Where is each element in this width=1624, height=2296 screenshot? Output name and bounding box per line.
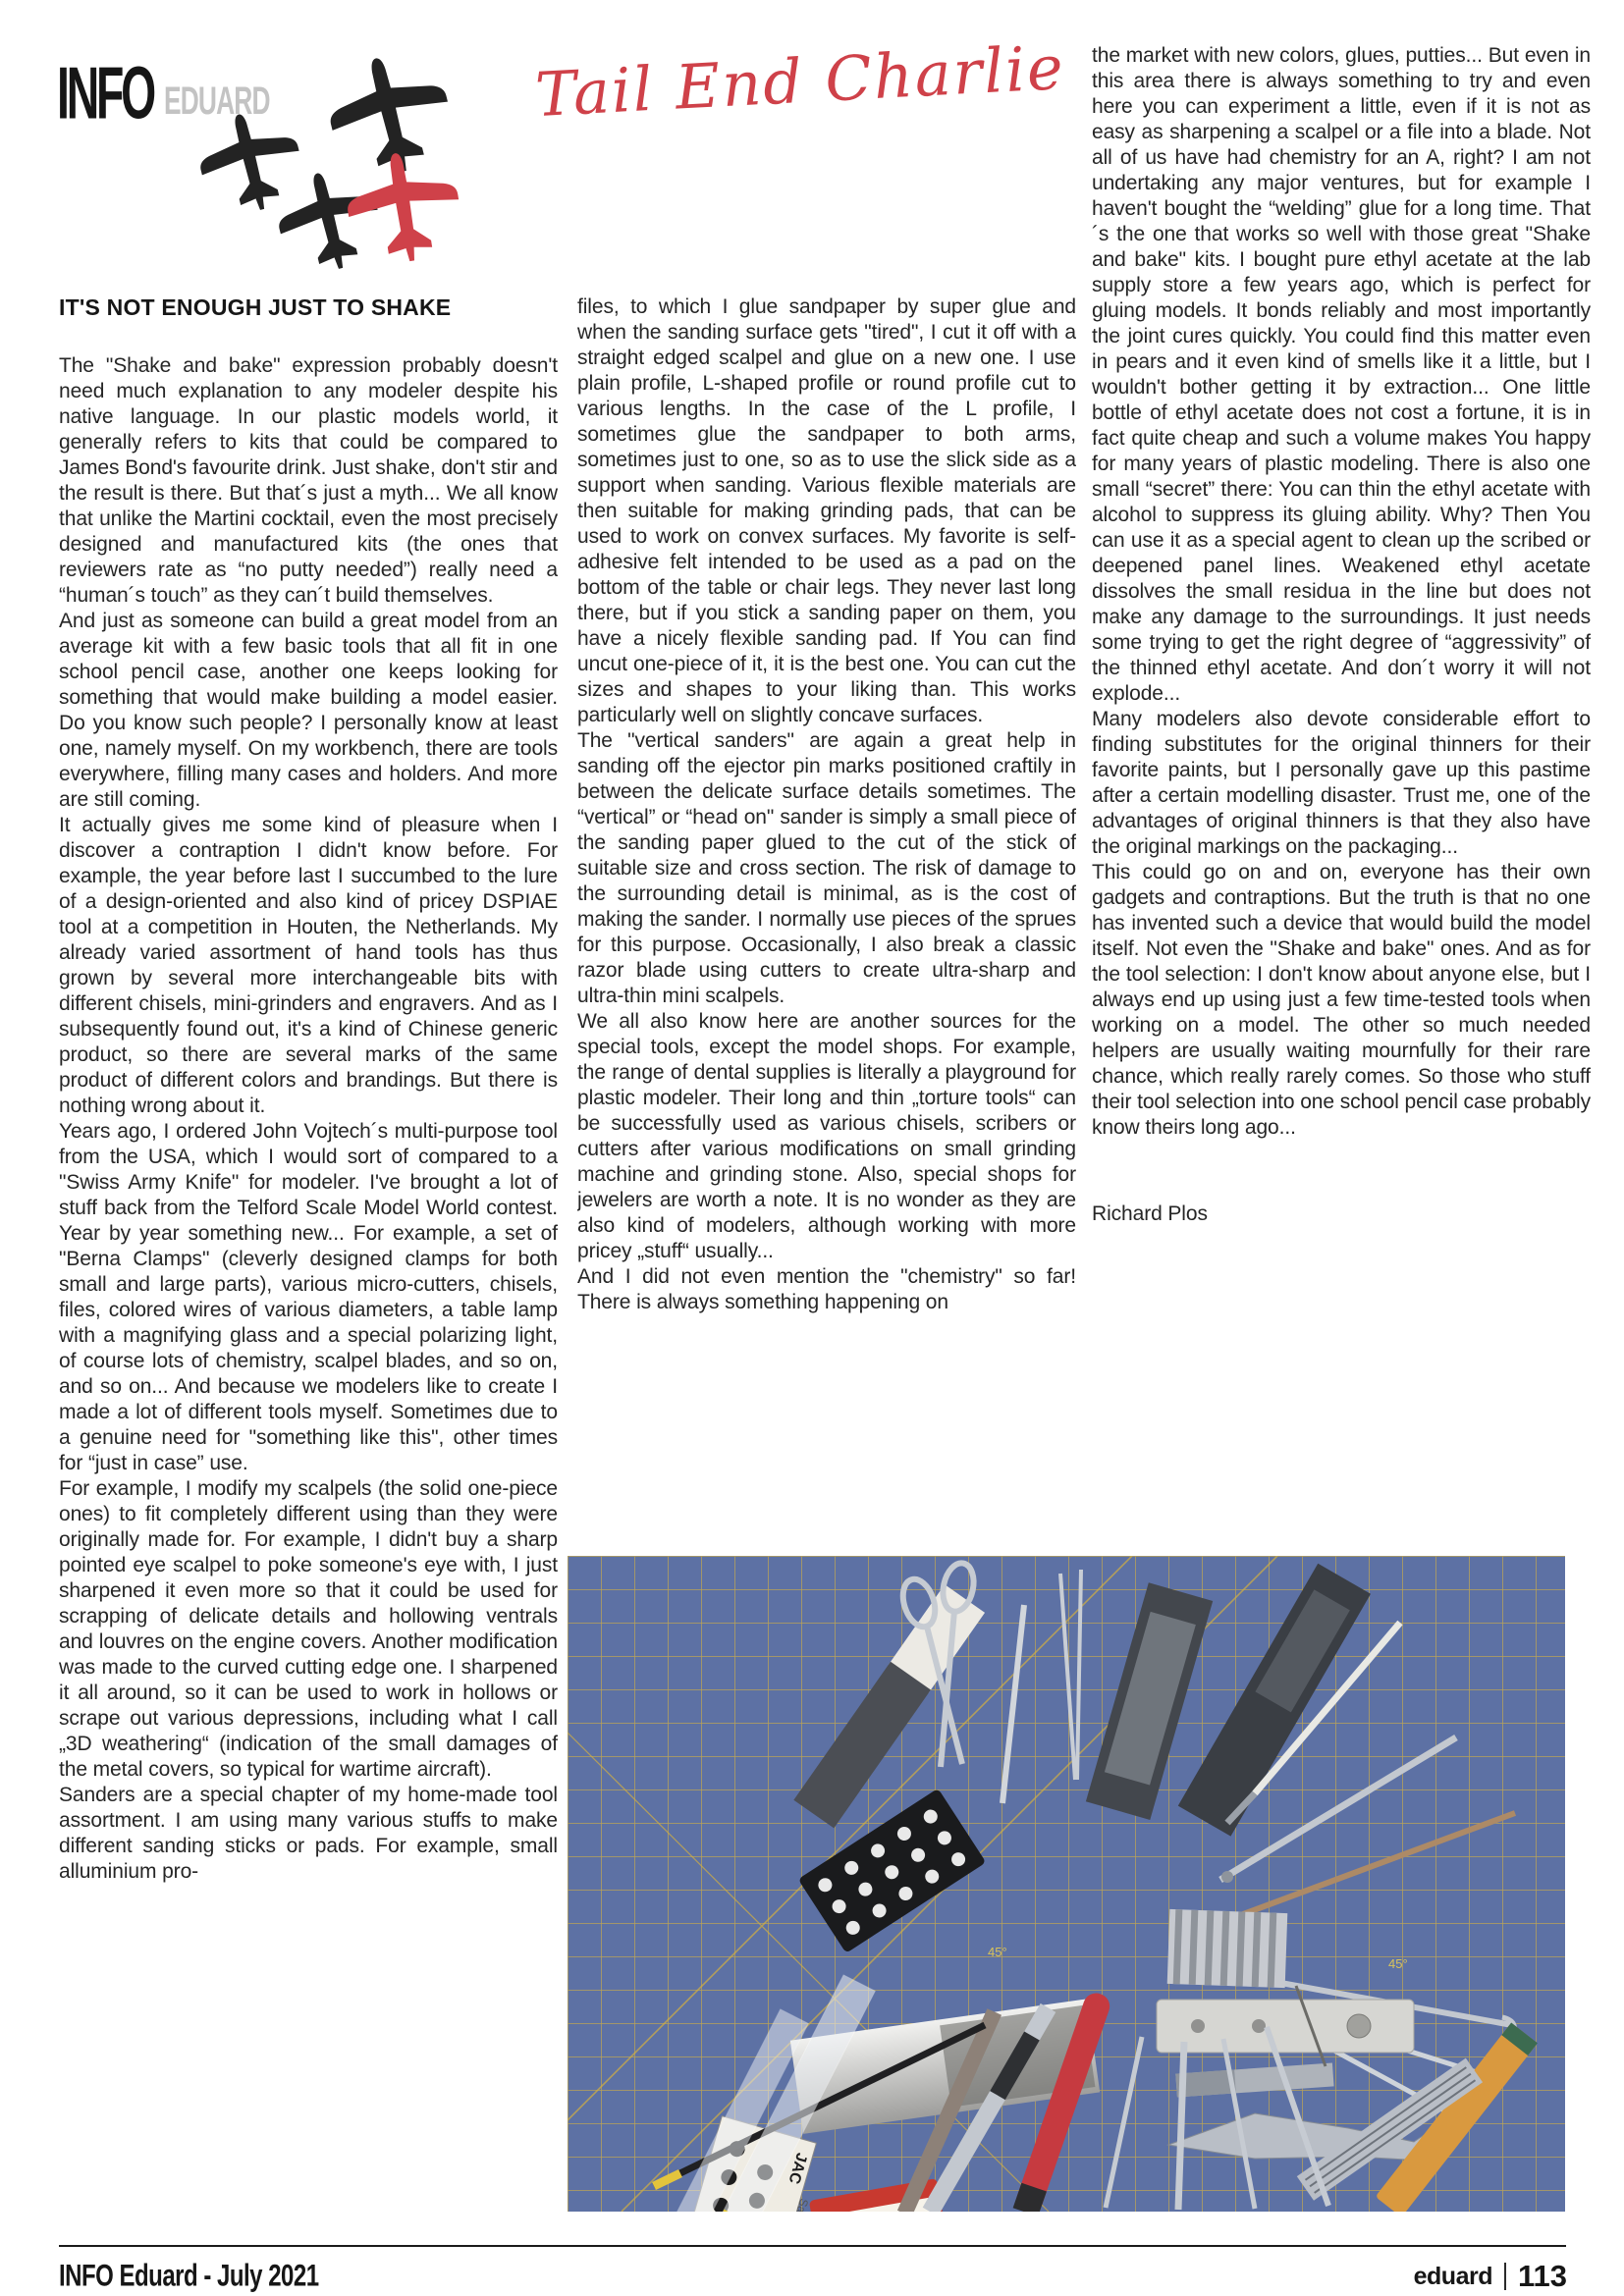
- mat-angle-label: 45°: [1388, 1956, 1408, 1971]
- column-title: Tail End Charlie: [534, 37, 1066, 126]
- author-byline: Richard Plos: [1092, 1201, 1591, 1227]
- article-paragraph: Sanders are a special chapter of my home…: [59, 1783, 558, 1885]
- footer-right: eduard 113: [1414, 2259, 1567, 2294]
- red-airplane-icon: [337, 140, 469, 273]
- article-paragraph: The "vertical sanders" are again a great…: [577, 728, 1076, 1009]
- column-3-text: the market with new colors, glues, putti…: [1092, 43, 1591, 1141]
- footer-rule: [59, 2245, 1566, 2247]
- tools-photo-graphic: 45° 45°: [568, 1556, 1565, 2212]
- logo-info-text: INFO: [57, 57, 153, 131]
- article-paragraph: The "Shake and bake" expression probably…: [59, 353, 558, 609]
- article-paragraph: And I did not even mention the "chemistr…: [577, 1264, 1076, 1315]
- article-paragraph: For example, I modify my scalpels (the s…: [59, 1476, 558, 1783]
- tools-photo: 45° 45°: [568, 1556, 1565, 2212]
- footer-divider: [1504, 2263, 1506, 2290]
- footer-brand: eduard: [1414, 2263, 1492, 2291]
- column-2-text: files, to which I glue sandpaper by supe…: [577, 294, 1076, 1315]
- article-paragraph: files, to which I glue sandpaper by supe…: [577, 294, 1076, 728]
- column-1-text: The "Shake and bake" expression probably…: [59, 353, 558, 1885]
- article-paragraph: And just as someone can build a great mo…: [59, 609, 558, 813]
- article-paragraph: We all also know here are another source…: [577, 1009, 1076, 1264]
- magazine-page: INFOEDUARD Tail End Charlie IT'S NOT ENO…: [0, 0, 1624, 2296]
- article-paragraph: It actually gives me some kind of pleasu…: [59, 813, 558, 1119]
- footer-issue: INFO Eduard - July 2021: [59, 2259, 319, 2294]
- mat-angle-label: 45°: [988, 1945, 1007, 1959]
- article-paragraph: Many modelers also devote considerable e…: [1092, 707, 1591, 860]
- article-column-2: files, to which I glue sandpaper by supe…: [577, 294, 1076, 1543]
- article-paragraph: the market with new colors, glues, putti…: [1092, 43, 1591, 707]
- article-title: IT'S NOT ENOUGH JUST TO SHAKE: [59, 294, 558, 320]
- article-column-1: IT'S NOT ENOUGH JUST TO SHAKE The "Shake…: [59, 294, 558, 2226]
- corrugated-plate-shape: [1167, 1909, 1288, 1988]
- article-column-3: the market with new colors, glues, putti…: [1092, 43, 1591, 1560]
- article-paragraph: This could go on and on, everyone has th…: [1092, 860, 1591, 1141]
- article-paragraph: Years ago, I ordered John Vojtech´s mult…: [59, 1119, 558, 1476]
- page-number: 113: [1518, 2259, 1567, 2294]
- info-eduard-logo: INFOEDUARD: [57, 57, 288, 114]
